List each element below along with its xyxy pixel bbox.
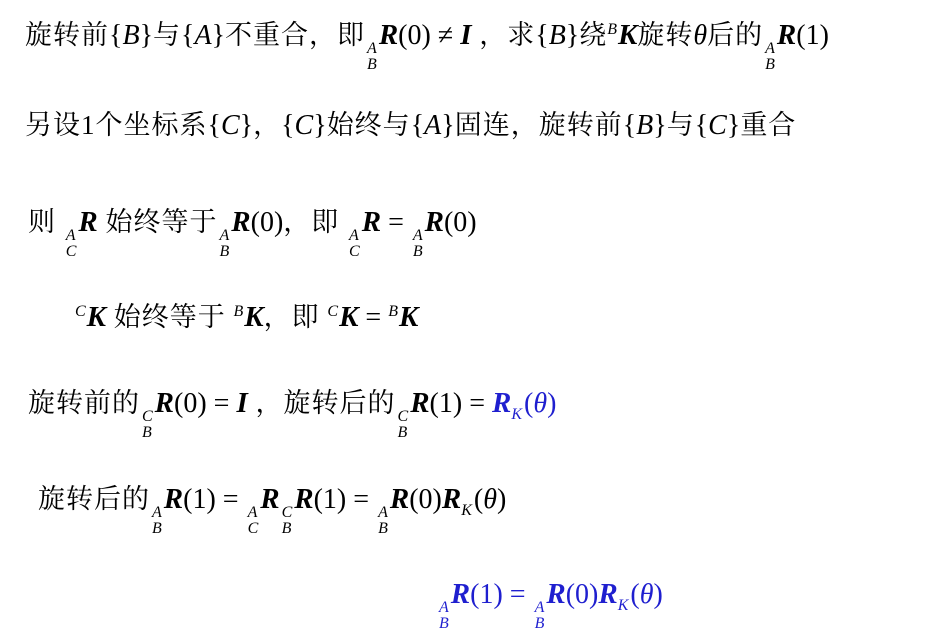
text-segment: K <box>399 301 418 333</box>
text-segment: = <box>381 207 411 238</box>
text-segment: I <box>236 387 247 419</box>
text-segment: } <box>140 20 153 51</box>
text-segment: I <box>460 19 471 51</box>
text-segment: K <box>511 406 522 423</box>
prescript-supsub: AB <box>765 41 775 73</box>
text-segment: B <box>607 21 617 38</box>
prescript-supsub: CB <box>142 409 153 441</box>
prescript-superscript: A <box>535 600 545 616</box>
text-segment: 与 <box>667 110 695 140</box>
prescript-subscript: B <box>439 616 449 632</box>
text-segment: R <box>362 206 381 238</box>
text-segment: (1) <box>314 484 347 515</box>
text-segment: = <box>346 484 376 515</box>
prescript-supsub: AC <box>349 228 360 260</box>
text-segment: (1) <box>430 388 463 419</box>
line-5-cbr-before-after: 旋转前的CBR(0) = I ，旋转后的CBR(1) = RK(θ) <box>28 383 556 441</box>
text-segment: { <box>623 110 636 141</box>
text-segment: } <box>240 110 253 141</box>
text-segment: R <box>231 206 250 238</box>
text-segment: { <box>281 110 294 141</box>
prescript-subscript: C <box>66 244 77 260</box>
text-segment: } <box>566 20 579 51</box>
text-segment: B <box>549 20 566 51</box>
text-segment: ( <box>524 388 533 419</box>
prescript-supsub: CB <box>398 409 409 441</box>
prescript-supsub: AB <box>378 505 388 537</box>
text-segment: C <box>295 110 314 141</box>
text-segment: 与 <box>153 20 181 50</box>
text-segment: R <box>390 483 409 515</box>
prescript-supsub: CB <box>282 505 293 537</box>
text-segment: { <box>535 20 548 51</box>
text-segment: ≠ <box>431 20 460 51</box>
line-6-abr1-derivation: 旋转后的ABR(1) = ACRCBR(1) = ABR(0)RK(θ) <box>38 479 506 537</box>
text-segment: } <box>212 20 225 51</box>
prescript-supsub: AB <box>220 228 230 260</box>
text-segment: K <box>87 301 106 333</box>
text-segment: ( <box>474 484 483 515</box>
text-segment: (0) <box>251 207 284 238</box>
text-segment: K <box>461 502 472 519</box>
text-segment: R <box>379 19 398 51</box>
prescript-superscript: A <box>413 228 423 244</box>
text-segment: ) <box>547 388 556 419</box>
prescript-subscript: B <box>765 57 775 73</box>
prescript-supsub: AB <box>367 41 377 73</box>
prescript-supsub: AB <box>152 505 162 537</box>
prescript-supsub: AB <box>535 600 545 632</box>
text-segment: 则 <box>28 207 64 237</box>
prescript-superscript: A <box>367 41 377 57</box>
line-7-final-result: ABR(1) = ABR(0)RK(θ) <box>437 574 663 632</box>
prescript-subscript: B <box>413 244 423 260</box>
text-segment: 旋转前的 <box>28 388 140 418</box>
text-segment: 始终与 <box>327 110 411 140</box>
text-segment: ，即 <box>283 207 347 237</box>
prescript-superscript: A <box>152 505 162 521</box>
text-segment: (0) <box>174 388 207 419</box>
text-segment: R <box>294 483 313 515</box>
prescript-superscript: C <box>142 409 153 425</box>
prescript-superscript: C <box>398 409 409 425</box>
text-segment: ( <box>630 579 639 610</box>
text-segment: B <box>636 110 653 141</box>
text-segment: (1) <box>796 20 829 51</box>
text-segment: 始终等于 <box>106 302 234 332</box>
text-segment: } <box>727 110 740 141</box>
text-segment: (1) <box>183 484 216 515</box>
line-1-problem-statement: 旋转前{B}与{A}不重合，即ABR(0) ≠ I ，求{B}绕BK旋转θ后的A… <box>25 10 829 73</box>
text-segment: R <box>442 483 461 515</box>
text-segment: B <box>234 303 244 320</box>
text-segment: 后的 <box>707 20 763 50</box>
text-segment: = <box>358 302 388 333</box>
prescript-subscript: B <box>220 244 230 260</box>
text-segment: R <box>78 206 97 238</box>
text-segment: 旋转前 <box>25 20 109 50</box>
text-segment: θ <box>533 388 547 419</box>
prescript-supsub: AC <box>66 228 77 260</box>
text-segment: = <box>216 484 246 515</box>
text-segment: = <box>207 388 237 419</box>
text-segment: 不重合，即 <box>225 20 365 50</box>
prescript-superscript: A <box>378 505 388 521</box>
text-segment: ，求 <box>471 20 535 50</box>
text-segment: θ <box>693 20 707 51</box>
prescript-subscript: B <box>282 521 292 537</box>
text-segment: ) <box>653 579 662 610</box>
text-segment: = <box>462 388 492 419</box>
text-segment: C <box>708 110 727 141</box>
text-segment: { <box>208 110 221 141</box>
line-4-ck-equals-bk: CK 始终等于 BK，即 CK = BK <box>75 292 418 338</box>
line-2-frame-c-setup: 另设1个坐标系{C}，{C}始终与{A}固连，旋转前{B}与{C}重合 <box>25 105 796 146</box>
text-segment: R <box>155 387 174 419</box>
text-segment: R <box>425 206 444 238</box>
prescript-superscript: A <box>765 41 775 57</box>
text-segment: 绕 <box>579 20 607 50</box>
prescript-subscript: B <box>152 521 162 537</box>
prescript-supsub: AB <box>413 228 423 260</box>
text-segment: B <box>122 20 139 51</box>
prescript-superscript: C <box>282 505 293 521</box>
line-3-acr-equals-abr0: 则 ACR 始终等于ABR(0)，即 ACR = ABR(0) <box>28 202 477 260</box>
prescript-superscript: A <box>220 228 230 244</box>
prescript-subscript: B <box>535 616 545 632</box>
text-segment: (1) <box>470 579 503 610</box>
text-segment: C <box>327 303 338 320</box>
text-segment: K <box>339 301 358 333</box>
document-page: 旋转前{B}与{A}不重合，即ABR(0) ≠ I ，求{B}绕BK旋转θ后的A… <box>0 0 933 634</box>
prescript-superscript: A <box>439 600 449 616</box>
text-segment: ，即 <box>264 302 328 332</box>
text-segment: θ <box>640 579 654 610</box>
text-segment: R <box>451 578 470 610</box>
text-segment: B <box>388 303 398 320</box>
prescript-subscript: B <box>378 521 388 537</box>
text-segment: 旋转后的 <box>38 484 150 514</box>
text-segment: θ <box>483 484 497 515</box>
text-segment: { <box>181 20 194 51</box>
text-segment: R <box>777 19 796 51</box>
text-segment: R <box>260 483 279 515</box>
text-segment: K <box>618 597 629 614</box>
text-segment: ， <box>253 110 281 140</box>
text-segment: R <box>410 387 429 419</box>
text-segment: (0) <box>444 207 477 238</box>
prescript-subscript: C <box>349 244 360 260</box>
text-segment: R <box>546 578 565 610</box>
text-segment: = <box>503 579 533 610</box>
text-segment: (0) <box>566 579 599 610</box>
text-segment: } <box>441 110 454 141</box>
text-segment: 始终等于 <box>98 207 218 237</box>
text-segment: A <box>194 20 211 51</box>
text-segment: R <box>598 578 617 610</box>
text-segment: (0) <box>409 484 442 515</box>
text-segment: { <box>109 20 122 51</box>
text-segment: C <box>75 303 86 320</box>
text-segment: } <box>313 110 326 141</box>
text-segment: (0) <box>398 20 431 51</box>
text-segment: { <box>411 110 424 141</box>
text-segment: R <box>492 387 511 419</box>
text-segment: R <box>164 483 183 515</box>
prescript-superscript: A <box>66 228 76 244</box>
text-segment: K <box>618 19 637 51</box>
text-segment: 另设1个坐标系 <box>25 110 208 140</box>
prescript-superscript: A <box>248 505 258 521</box>
prescript-subscript: B <box>142 425 152 441</box>
prescript-superscript: A <box>349 228 359 244</box>
prescript-subscript: B <box>367 57 377 73</box>
text-segment: { <box>695 110 708 141</box>
text-segment: 重合 <box>740 110 796 140</box>
prescript-supsub: AB <box>439 600 449 632</box>
text-segment: ) <box>497 484 506 515</box>
text-segment: ，旋转后的 <box>248 388 396 418</box>
text-segment: K <box>244 301 263 333</box>
text-segment: 旋转 <box>637 20 693 50</box>
text-segment: } <box>653 110 666 141</box>
text-segment: C <box>221 110 240 141</box>
prescript-subscript: B <box>398 425 408 441</box>
prescript-subscript: C <box>248 521 259 537</box>
prescript-supsub: AC <box>248 505 259 537</box>
text-segment: A <box>424 110 441 141</box>
text-segment: 固连，旋转前 <box>455 110 623 140</box>
